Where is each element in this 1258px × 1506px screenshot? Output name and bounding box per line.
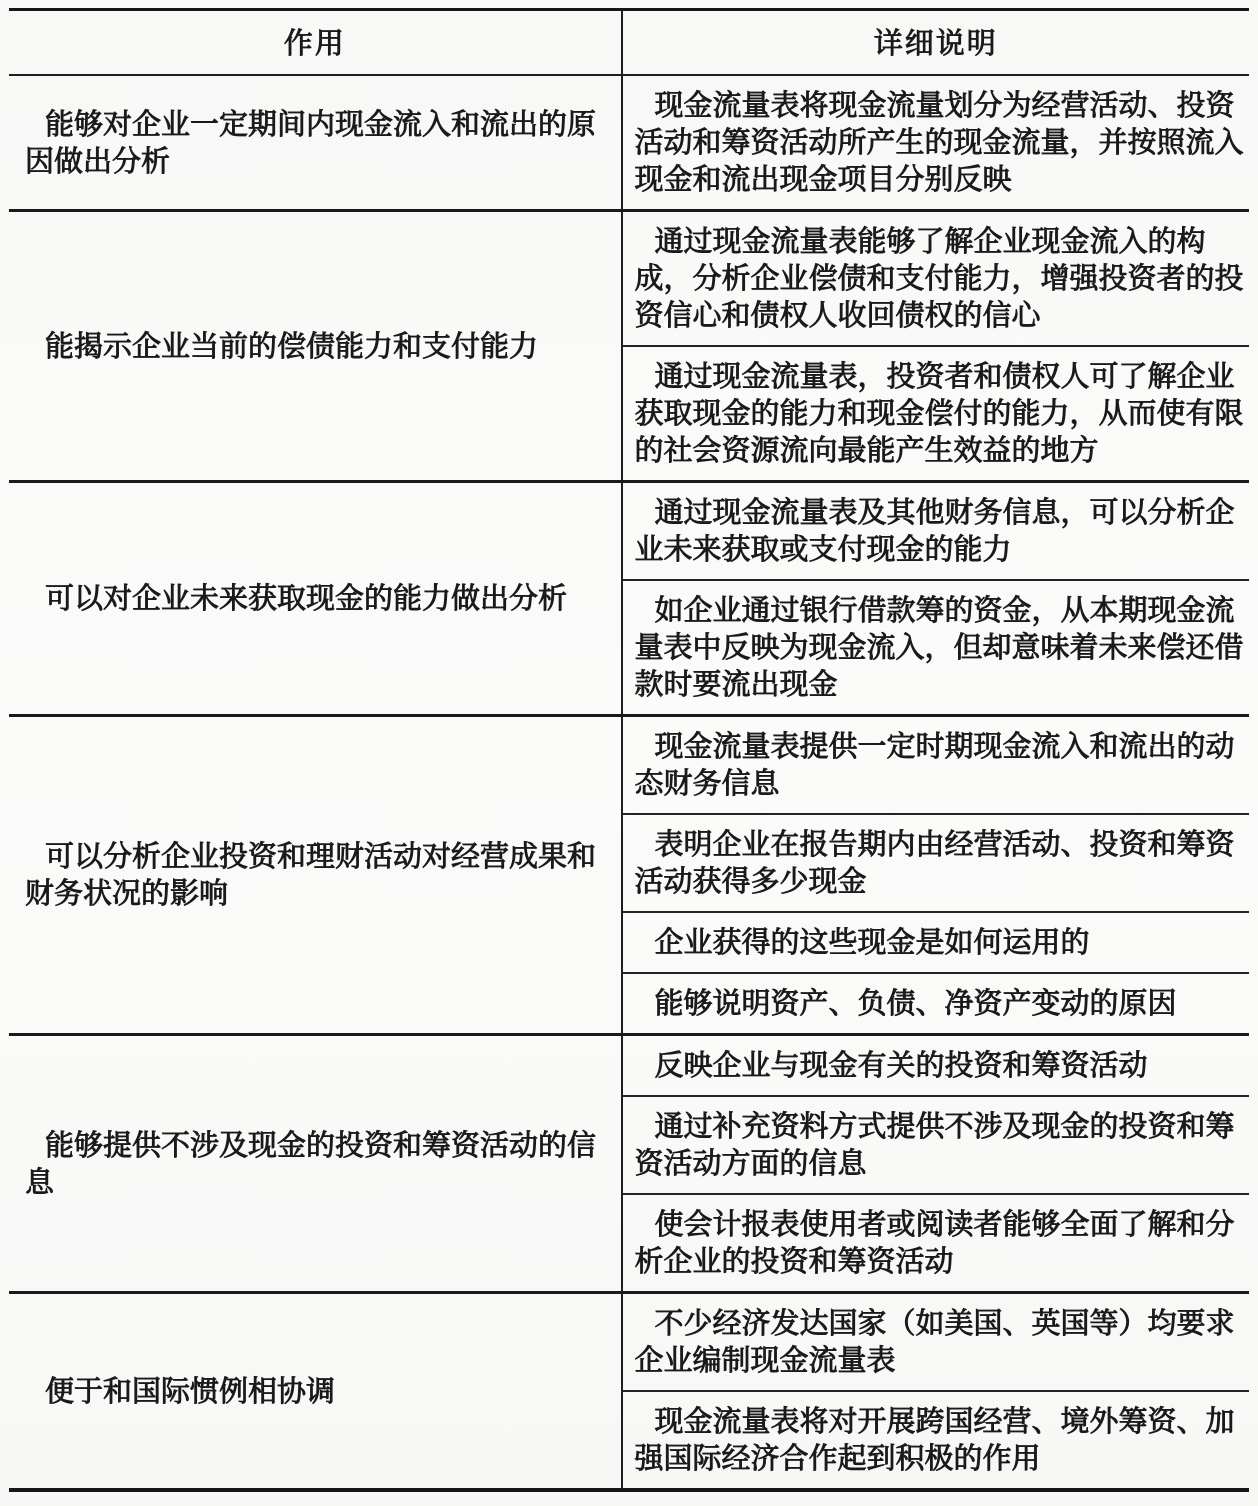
detail-text: 现金流量表将对开展跨国经营、境外筹资、加强国际经济合作起到积极的作用 [635,1403,1249,1477]
details-cell: 通过现金流量表能够了解企业现金流入的构成，分析企业偿债和支付能力，增强投资者的投… [622,211,1249,482]
table-row: 便于和国际惯例相协调不少经济发达国家（如美国、英国等）均要求企业编制现金流量表现… [9,1293,1249,1491]
detail-item: 现金流量表将现金流量划分为经营活动、投资活动和筹资活动所产生的现金流量，并按照流… [623,76,1249,209]
detail-text: 通过现金流量表，投资者和债权人可了解企业获取现金的能力和现金偿付的能力，从而使有… [635,358,1249,469]
table-row: 能揭示企业当前的偿债能力和支付能力通过现金流量表能够了解企业现金流入的构成，分析… [9,211,1249,482]
detail-text: 通过现金流量表能够了解企业现金流入的构成，分析企业偿债和支付能力，增强投资者的投… [635,223,1249,334]
table-row: 可以分析企业投资和理财活动对经营成果和财务状况的影响现金流量表提供一定时期现金流… [9,716,1249,1035]
role-cell: 能够提供不涉及现金的投资和筹资活动的信息 [9,1035,622,1293]
header-row: 作用 详细说明 [9,10,1249,76]
document-page: 作用 详细说明 能够对企业一定期间内现金流入和流出的原因做出分析现金流量表将现金… [0,0,1258,1506]
detail-text: 通过现金流量表及其他财务信息，可以分析企业未来获取或支付现金的能力 [635,494,1249,568]
detail-text: 现金流量表提供一定时期现金流入和流出的动态财务信息 [635,728,1249,802]
detail-item: 能够说明资产、负债、净资产变动的原因 [623,974,1249,1033]
detail-item: 通过现金流量表能够了解企业现金流入的构成，分析企业偿债和支付能力，增强投资者的投… [623,212,1249,347]
role-cell: 能揭示企业当前的偿债能力和支付能力 [9,211,622,482]
detail-text: 现金流量表将现金流量划分为经营活动、投资活动和筹资活动所产生的现金流量，并按照流… [635,87,1249,198]
detail-text: 不少经济发达国家（如美国、英国等）均要求企业编制现金流量表 [635,1305,1249,1379]
detail-item: 现金流量表提供一定时期现金流入和流出的动态财务信息 [623,717,1249,815]
role-cell: 能够对企业一定期间内现金流入和流出的原因做出分析 [9,75,622,211]
details-cell: 反映企业与现金有关的投资和筹资活动通过补充资料方式提供不涉及现金的投资和筹资活动… [622,1035,1249,1293]
details-cell: 不少经济发达国家（如美国、英国等）均要求企业编制现金流量表现金流量表将对开展跨国… [622,1293,1249,1491]
table-body: 能够对企业一定期间内现金流入和流出的原因做出分析现金流量表将现金流量划分为经营活… [9,75,1249,1490]
detail-text: 通过补充资料方式提供不涉及现金的投资和筹资活动方面的信息 [635,1108,1249,1182]
details-cell: 现金流量表提供一定时期现金流入和流出的动态财务信息表明企业在报告期内由经营活动、… [622,716,1249,1035]
detail-item: 表明企业在报告期内由经营活动、投资和筹资活动获得多少现金 [623,815,1249,913]
detail-item: 如企业通过银行借款筹的资金，从本期现金流量表中反映为现金流入，但却意味着未来偿还… [623,581,1249,714]
header-details: 详细说明 [622,10,1249,76]
detail-text: 企业获得的这些现金是如何运用的 [635,924,1249,961]
detail-text: 使会计报表使用者或阅读者能够全面了解和分析企业的投资和筹资活动 [635,1206,1249,1280]
detail-text: 能够说明资产、负债、净资产变动的原因 [635,985,1249,1022]
detail-item: 反映企业与现金有关的投资和筹资活动 [623,1036,1249,1097]
detail-item: 使会计报表使用者或阅读者能够全面了解和分析企业的投资和筹资活动 [623,1195,1249,1291]
detail-item: 不少经济发达国家（如美国、英国等）均要求企业编制现金流量表 [623,1294,1249,1392]
table-row: 可以对企业未来获取现金的能力做出分析通过现金流量表及其他财务信息，可以分析企业未… [9,482,1249,716]
header-role: 作用 [9,10,622,76]
role-cell: 可以对企业未来获取现金的能力做出分析 [9,482,622,716]
details-cell: 通过现金流量表及其他财务信息，可以分析企业未来获取或支付现金的能力如企业通过银行… [622,482,1249,716]
role-cell: 可以分析企业投资和理财活动对经营成果和财务状况的影响 [9,716,622,1035]
detail-item: 通过现金流量表及其他财务信息，可以分析企业未来获取或支付现金的能力 [623,483,1249,581]
detail-item: 通过现金流量表，投资者和债权人可了解企业获取现金的能力和现金偿付的能力，从而使有… [623,347,1249,480]
detail-text: 表明企业在报告期内由经营活动、投资和筹资活动获得多少现金 [635,826,1249,900]
detail-item: 现金流量表将对开展跨国经营、境外筹资、加强国际经济合作起到积极的作用 [623,1392,1249,1488]
table-row: 能够提供不涉及现金的投资和筹资活动的信息反映企业与现金有关的投资和筹资活动通过补… [9,1035,1249,1293]
cash-flow-statement-functions-table: 作用 详细说明 能够对企业一定期间内现金流入和流出的原因做出分析现金流量表将现金… [9,8,1249,1492]
table-row: 能够对企业一定期间内现金流入和流出的原因做出分析现金流量表将现金流量划分为经营活… [9,75,1249,211]
detail-item: 企业获得的这些现金是如何运用的 [623,913,1249,974]
detail-text: 反映企业与现金有关的投资和筹资活动 [635,1047,1249,1084]
details-cell: 现金流量表将现金流量划分为经营活动、投资活动和筹资活动所产生的现金流量，并按照流… [622,75,1249,211]
detail-text: 如企业通过银行借款筹的资金，从本期现金流量表中反映为现金流入，但却意味着未来偿还… [635,592,1249,703]
detail-item: 通过补充资料方式提供不涉及现金的投资和筹资活动方面的信息 [623,1097,1249,1195]
role-cell: 便于和国际惯例相协调 [9,1293,622,1491]
